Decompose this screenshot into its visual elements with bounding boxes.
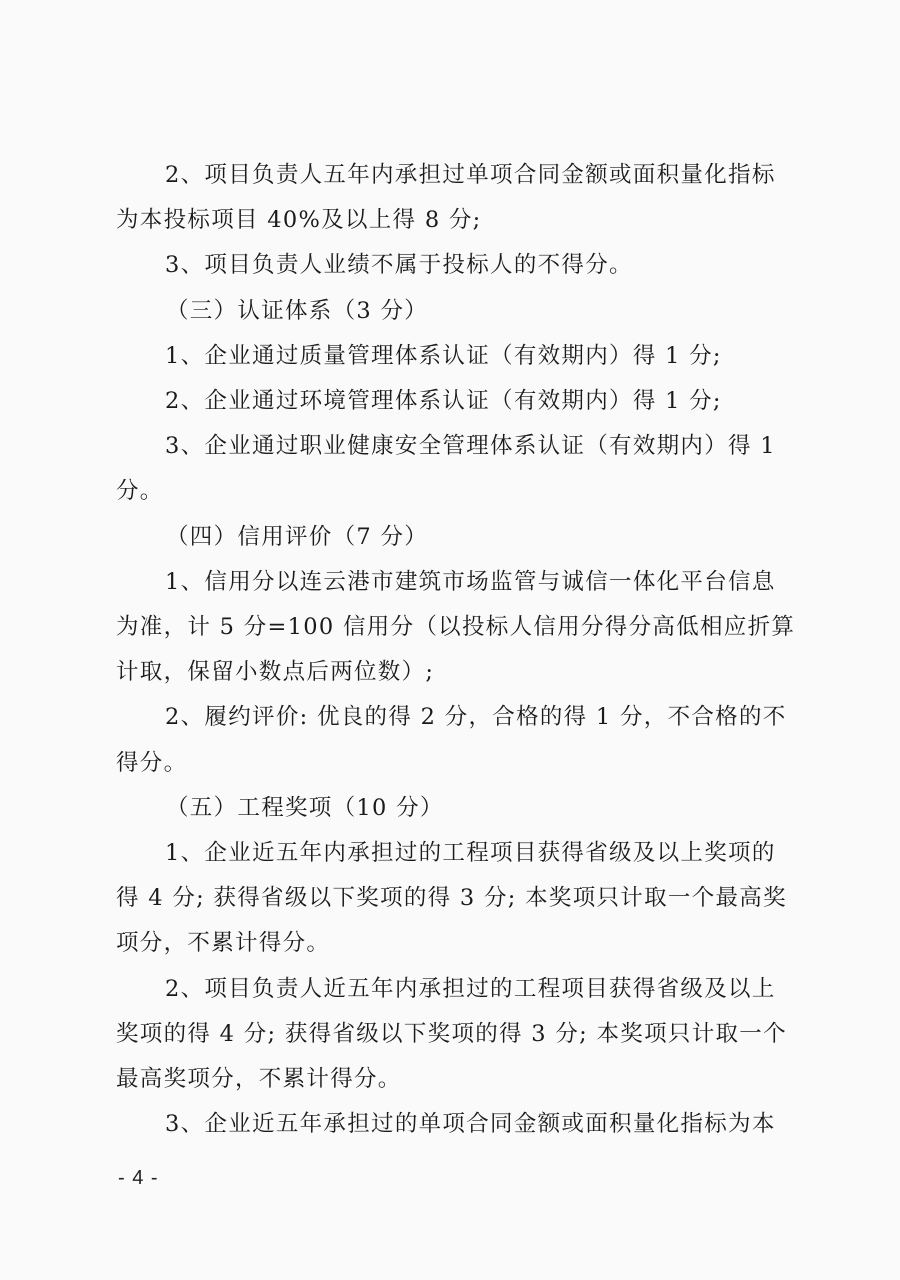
- document-page: 2、项目负责人五年内承担过单项合同金额或面积量化指标 为本投标项目 40%及以上…: [0, 0, 900, 1280]
- text-line: 2、项目负责人五年内承担过单项合同金额或面积量化指标: [116, 153, 806, 198]
- text-line: 3、企业通过职业健康安全管理体系认证（有效期内）得 1: [116, 424, 806, 469]
- text-line: 项分，不累计得分。: [116, 921, 806, 966]
- text-line: 最高奖项分，不累计得分。: [116, 1057, 806, 1102]
- text-line: 1、企业通过质量管理体系认证（有效期内）得 1 分;: [116, 334, 806, 379]
- scoring-item: 2、项目负责人五年内承担过单项合同金额或面积量化指标 为本投标项目 40%及以上…: [116, 153, 806, 243]
- scoring-item: 1、企业近五年内承担过的工程项目获得省级及以上奖项的 得 4 分; 获得省级以下…: [116, 831, 806, 967]
- section-heading-credit-evaluation: （四）信用评价（7 分）: [116, 515, 806, 560]
- scoring-item: 3、企业近五年承担过的单项合同金额或面积量化指标为本: [116, 1102, 806, 1147]
- scoring-item: 1、企业通过质量管理体系认证（有效期内）得 1 分;: [116, 334, 806, 379]
- scoring-item: 2、企业通过环境管理体系认证（有效期内）得 1 分;: [116, 379, 806, 424]
- scoring-item: 2、履约评价: 优良的得 2 分，合格的得 1 分，不合格的不 得分。: [116, 695, 806, 785]
- section-heading-text: （五）工程奖项（10 分）: [116, 786, 806, 831]
- section-heading-engineering-awards: （五）工程奖项（10 分）: [116, 786, 806, 831]
- text-line: 2、履约评价: 优良的得 2 分，合格的得 1 分，不合格的不: [116, 695, 806, 740]
- section-heading-text: （四）信用评价（7 分）: [116, 515, 806, 560]
- document-body: 2、项目负责人五年内承担过单项合同金额或面积量化指标 为本投标项目 40%及以上…: [116, 153, 806, 1147]
- section-heading-certification: （三）认证体系（3 分）: [116, 289, 806, 334]
- section-heading-text: （三）认证体系（3 分）: [116, 289, 806, 334]
- scoring-item: 2、项目负责人近五年内承担过的工程项目获得省级及以上 奖项的得 4 分; 获得省…: [116, 967, 806, 1103]
- text-line: 得分。: [116, 741, 806, 786]
- text-line: 2、项目负责人近五年内承担过的工程项目获得省级及以上: [116, 967, 806, 1012]
- text-line: 1、企业近五年内承担过的工程项目获得省级及以上奖项的: [116, 831, 806, 876]
- text-line: 2、企业通过环境管理体系认证（有效期内）得 1 分;: [116, 379, 806, 424]
- text-line: 为本投标项目 40%及以上得 8 分;: [116, 198, 806, 243]
- page-number: - 4 -: [118, 1167, 159, 1190]
- scoring-item: 1、信用分以连云港市建筑市场监管与诚信一体化平台信息 为准，计 5 分=100 …: [116, 560, 806, 696]
- text-line: 为准，计 5 分=100 信用分（以投标人信用分得分高低相应折算: [116, 605, 806, 650]
- text-line: 3、项目负责人业绩不属于投标人的不得分。: [116, 243, 806, 288]
- scoring-item: 3、项目负责人业绩不属于投标人的不得分。: [116, 243, 806, 288]
- text-line: 得 4 分; 获得省级以下奖项的得 3 分; 本奖项只计取一个最高奖: [116, 876, 806, 921]
- scoring-item: 3、企业通过职业健康安全管理体系认证（有效期内）得 1 分。: [116, 424, 806, 514]
- text-line: 3、企业近五年承担过的单项合同金额或面积量化指标为本: [116, 1102, 806, 1147]
- text-line: 计取，保留小数点后两位数）;: [116, 650, 806, 695]
- text-line: 分。: [116, 469, 806, 514]
- text-line: 1、信用分以连云港市建筑市场监管与诚信一体化平台信息: [116, 560, 806, 605]
- text-line: 奖项的得 4 分; 获得省级以下奖项的得 3 分; 本奖项只计取一个: [116, 1012, 806, 1057]
